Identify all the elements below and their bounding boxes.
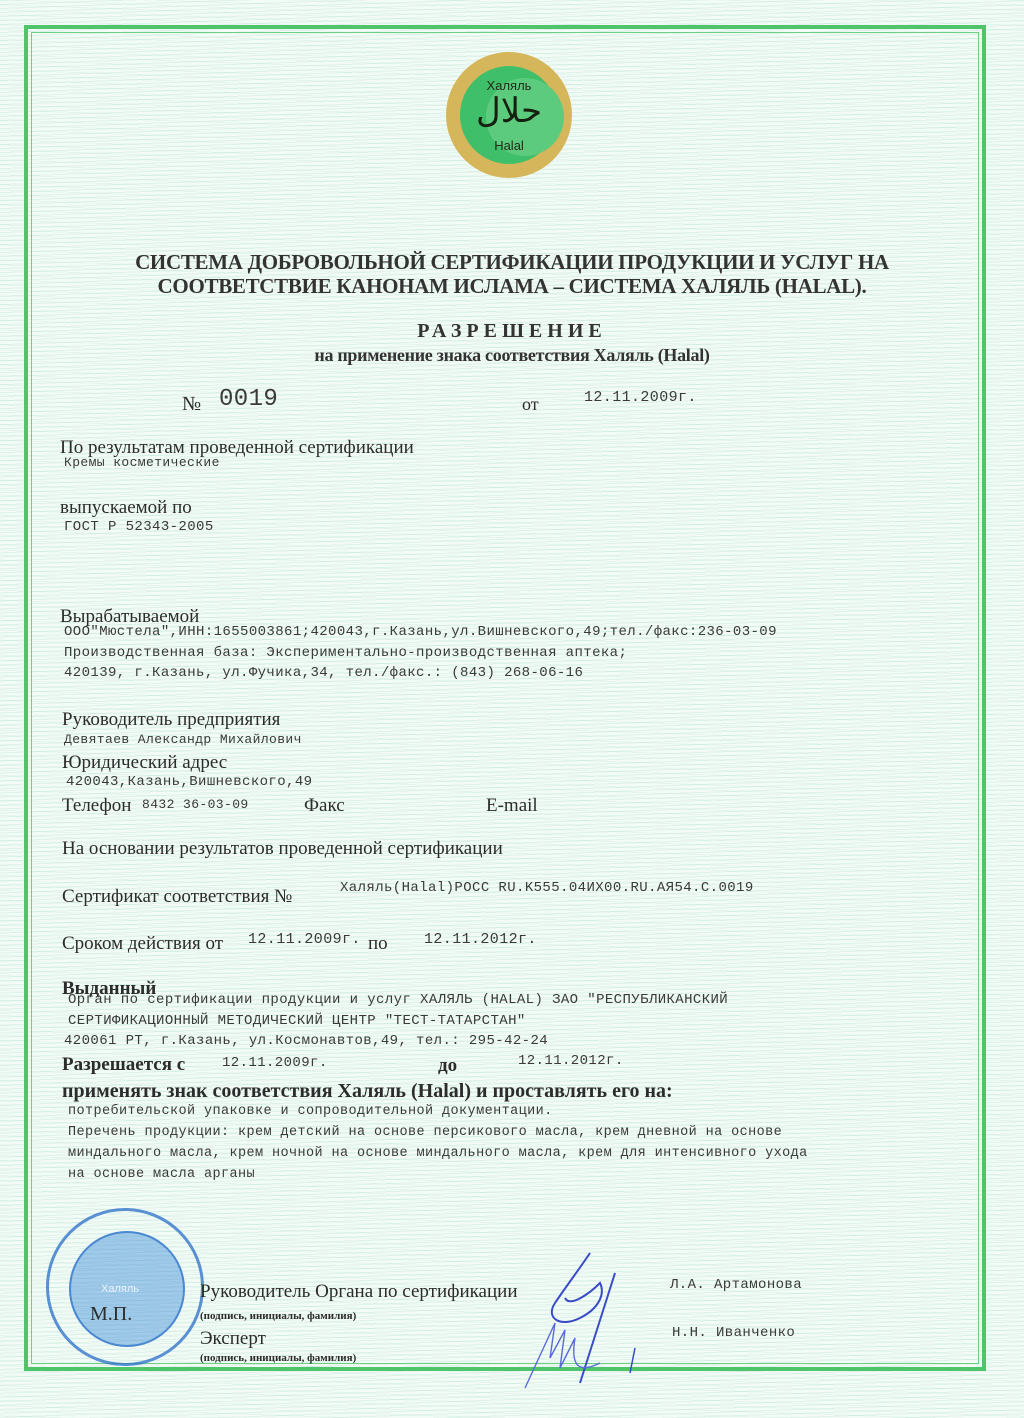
document-title: РАЗРЕШЕНИЕ <box>0 320 1024 343</box>
apply-line-2: Перечень продукции: крем детский на осно… <box>68 1125 782 1140</box>
certificate-border-inner <box>31 32 979 1364</box>
validity-to-label: по <box>368 933 388 955</box>
fax-label: Факс <box>304 795 345 817</box>
email-label: E-mail <box>486 795 538 817</box>
legal-address-value: 420043,Казань,Вишневского,49 <box>66 774 312 790</box>
head-name: Л.А. Артамонова <box>670 1277 802 1293</box>
valid-from: 12.11.2009г. <box>248 931 361 948</box>
standard-label: выпускаемой по <box>60 497 192 519</box>
producer-line-2: Производственная база: Экспериментально-… <box>64 645 627 661</box>
director-value: Девятаев Александр Михайлович <box>64 732 302 747</box>
valid-to: 12.11.2012г. <box>424 931 537 948</box>
head-caption: (подпись, инициалы, фамилия) <box>200 1310 356 1322</box>
halal-logo: Халяль حلال Halal <box>446 52 572 178</box>
permission-from-label: Разрешается с <box>62 1054 185 1076</box>
expert-name: Н.Н. Иванченко <box>672 1325 795 1341</box>
header-line-2: СООТВЕТСТВИЕ КАНОНАМ ИСЛАМА – СИСТЕМА ХА… <box>0 274 1024 299</box>
logo-bottom-text: Halal <box>460 138 558 153</box>
apply-line-4: на основе масла арганы <box>68 1167 255 1182</box>
permit-date: 12.11.2009г. <box>584 389 697 406</box>
official-stamp: Халяль <box>46 1208 204 1366</box>
phone-label: Телефон <box>62 795 131 817</box>
apply-line-3: миндального масла, крем ночной на основе… <box>68 1146 808 1161</box>
stamp-center-text: Халяль <box>101 1283 139 1295</box>
apply-line-1: потребительской упаковке и сопроводитель… <box>68 1104 553 1119</box>
apply-label: применять знак соответствия Халяль (Hala… <box>62 1080 673 1103</box>
expert-label: Эксперт <box>200 1328 266 1350</box>
producer-line-1: ООО"Мюстела",ИНН:1655003861;420043,г.Каз… <box>64 624 777 640</box>
handwritten-signatures-icon <box>510 1238 670 1398</box>
legal-address-label: Юридический адрес <box>62 752 227 774</box>
standard-value: ГОСТ Р 52343-2005 <box>64 519 214 535</box>
validity-label: Сроком действия от <box>62 933 223 955</box>
document-subtitle: на применение знака соответствия Халяль … <box>0 345 1024 366</box>
permit-date-label: от <box>522 394 539 415</box>
issuer-line-1: Орган по сертификации продукции и услуг … <box>68 992 728 1008</box>
director-label: Руководитель предприятия <box>62 709 280 731</box>
certificate-number: Халяль(Halal)РОСС RU.K555.04ИХ00.RU.АЯ54… <box>340 880 754 896</box>
permit-number: 0019 <box>219 386 278 413</box>
certificate-label: Сертификат соответствия № <box>62 886 292 908</box>
stamp-place-label: М.П. <box>90 1303 132 1326</box>
expert-caption: (подпись, инициалы, фамилия) <box>200 1352 356 1364</box>
halal-logo-center: Халяль حلال Halal <box>460 66 558 164</box>
phone-value: 8432 36-03-09 <box>142 797 249 812</box>
product-value: Кремы косметические <box>64 455 220 470</box>
permission-to-label: до <box>438 1055 457 1077</box>
header-line-1: СИСТЕМА ДОБРОВОЛЬНОЙ СЕРТИФИКАЦИИ ПРОДУК… <box>0 250 1024 275</box>
logo-arabic-text: حلال <box>460 94 558 128</box>
head-label: Руководитель Органа по сертификации <box>200 1281 518 1303</box>
basis-label: На основании результатов проведенной сер… <box>62 838 503 860</box>
permission-from: 12.11.2009г. <box>222 1055 328 1071</box>
issuer-line-3: 420061 РТ, г.Казань, ул.Космонавтов,49, … <box>64 1033 548 1049</box>
permit-number-label: № <box>182 393 201 416</box>
producer-line-3: 420139, г.Казань, ул.Фучика,34, тел./фак… <box>64 665 583 681</box>
issuer-line-2: СЕРТИФИКАЦИОННЫЙ МЕТОДИЧЕСКИЙ ЦЕНТР "ТЕС… <box>68 1013 526 1029</box>
stamp-center: Халяль <box>69 1231 185 1347</box>
permission-to: 12.11.2012г. <box>518 1053 624 1069</box>
